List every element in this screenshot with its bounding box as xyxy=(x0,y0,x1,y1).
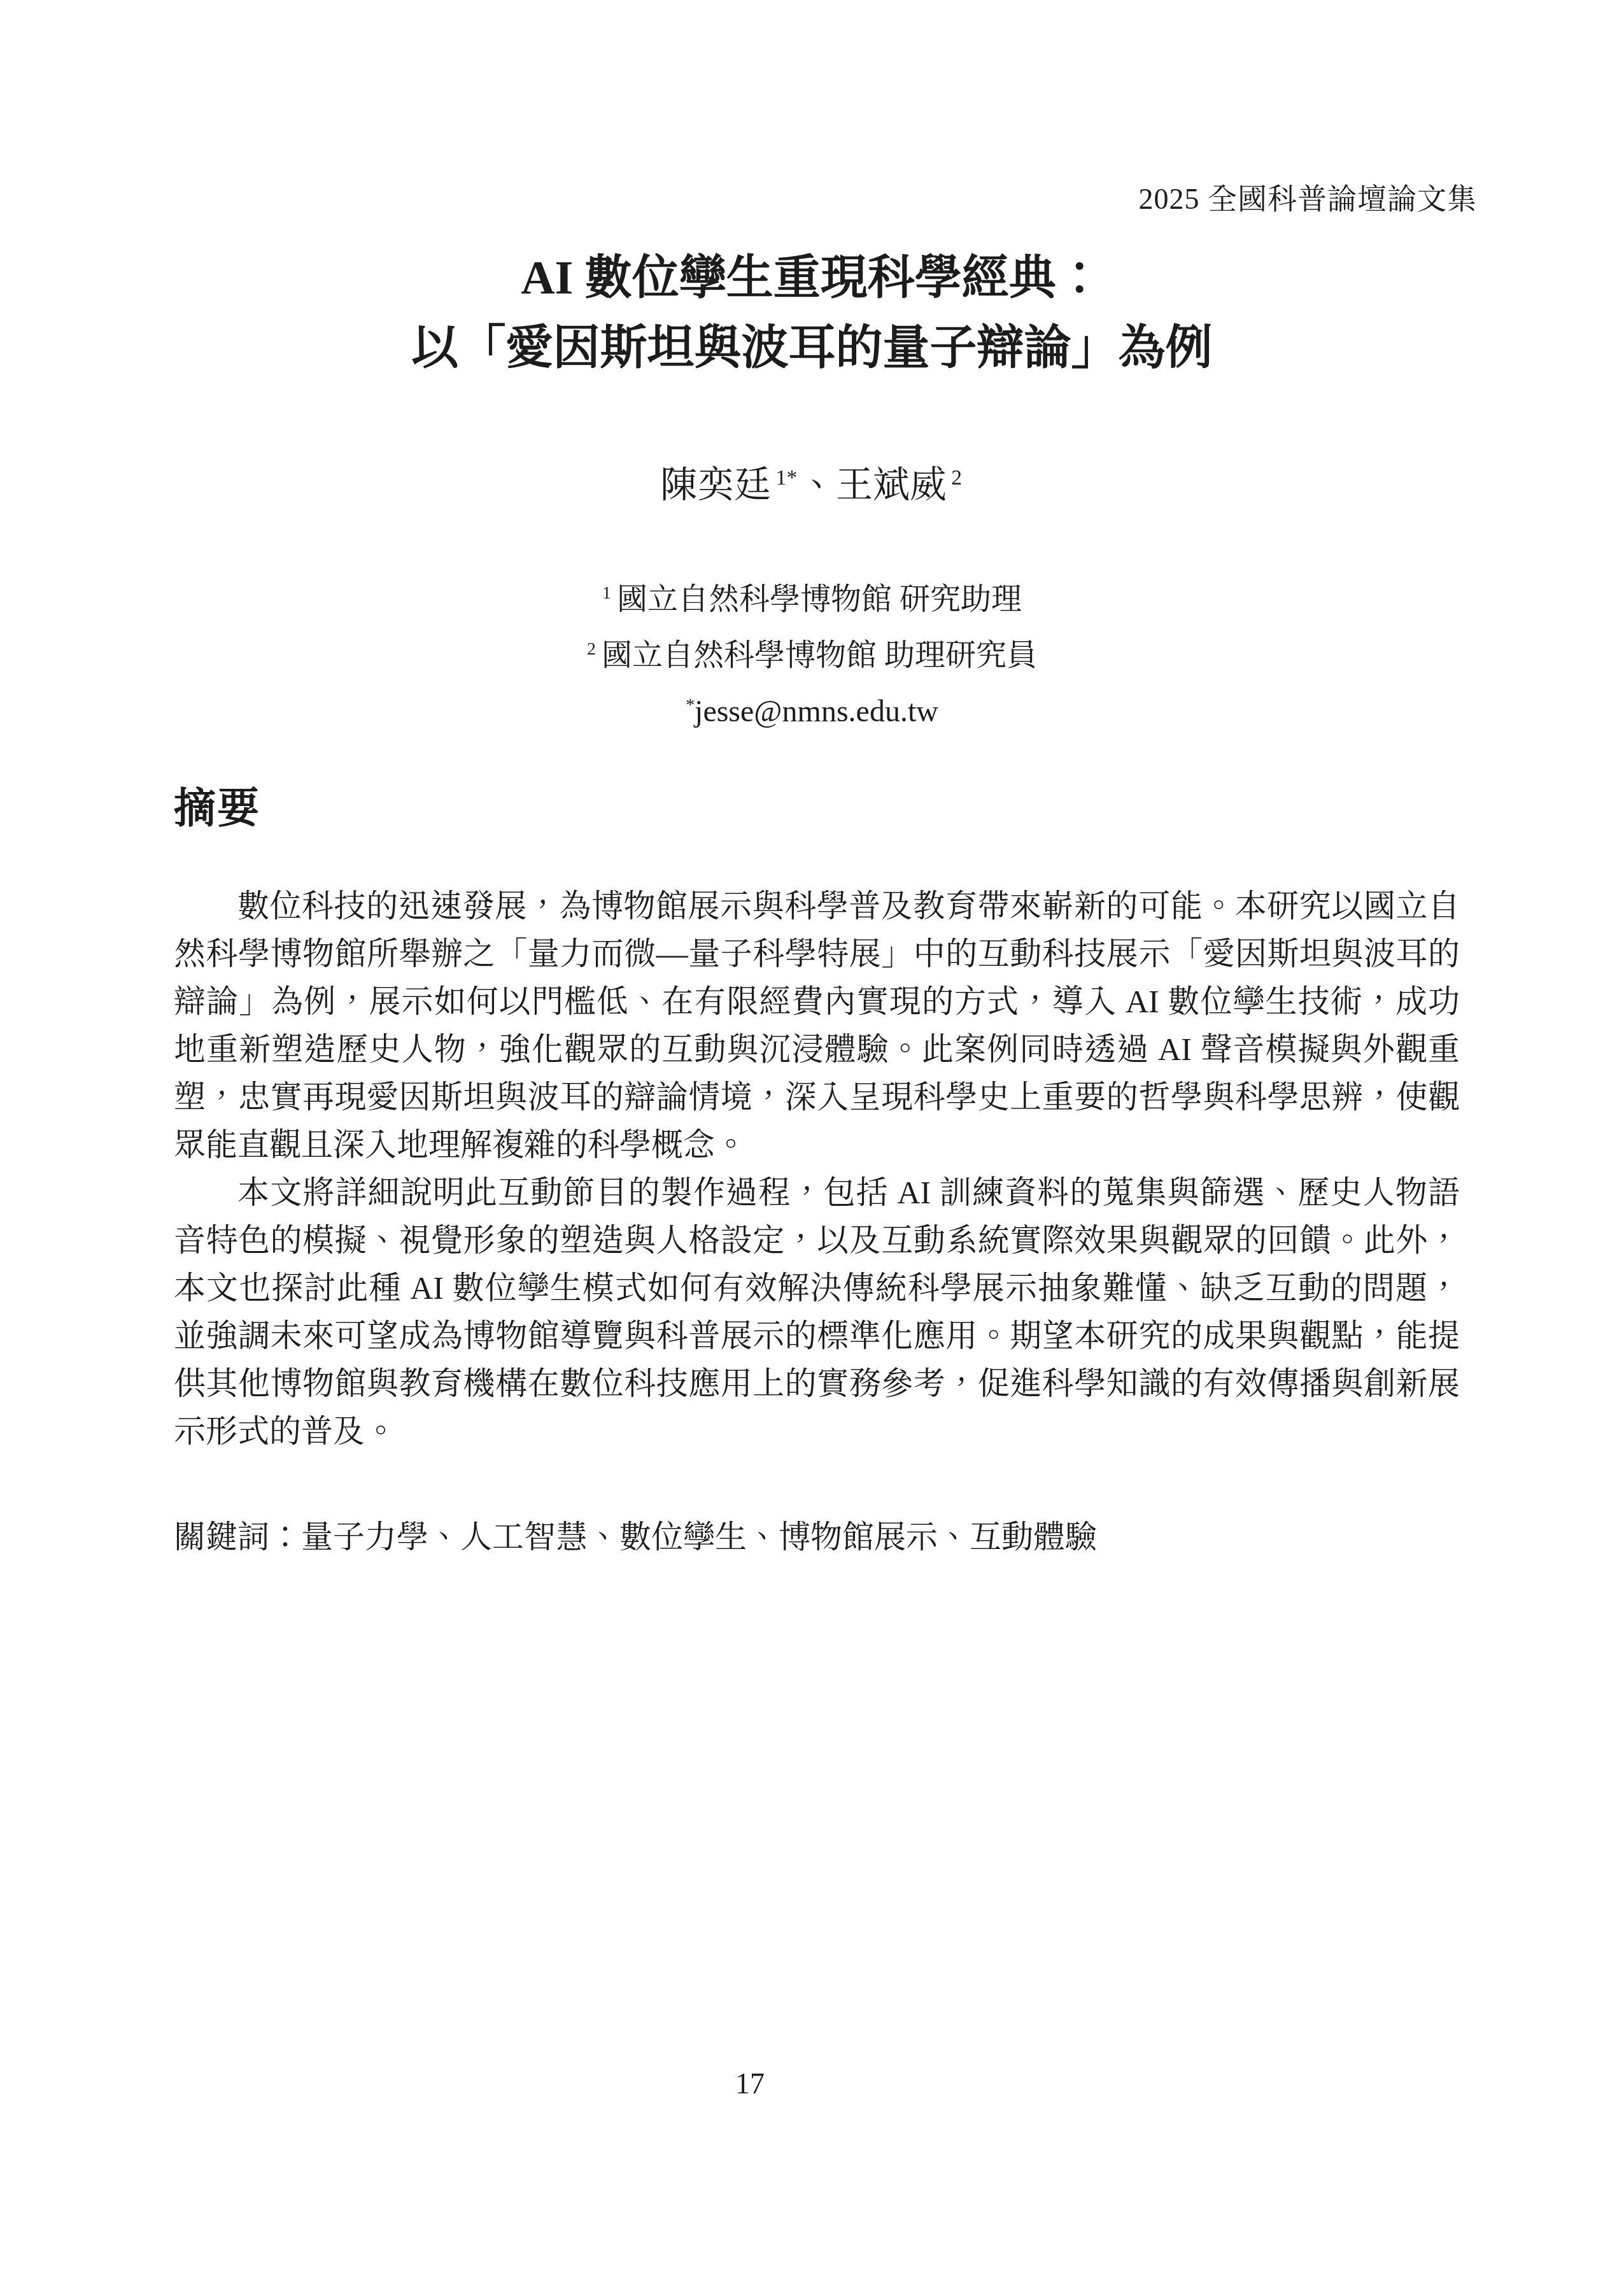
keywords-label: 關鍵詞： xyxy=(174,1519,301,1555)
author-separator: 、 xyxy=(799,464,836,506)
affiliations-block: 1國立自然科學博物館 研究助理 2國立自然科學博物館 助理研究員 *jesse@… xyxy=(0,569,1624,737)
affiliation-2: 2國立自然科學博物館 助理研究員 xyxy=(0,625,1624,681)
page-number: 17 xyxy=(0,2067,1500,2100)
paper-title-line-1: AI 數位孿生重現科學經典： xyxy=(0,243,1624,313)
author-1-name: 陳奕廷 xyxy=(660,464,771,506)
keywords-list: 量子力學、人工智慧、數位孿生、博物館展示、互動體驗 xyxy=(301,1519,1097,1555)
author-1-superscript: 1* xyxy=(776,466,798,490)
paper-page: 2025 全國科普論壇論文集 AI 數位孿生重現科學經典： 以「愛因斯坦與波耳的… xyxy=(0,0,1624,2278)
affiliation-1-text: 國立自然科學博物館 研究助理 xyxy=(617,583,1022,616)
email-line: *jesse@nmns.edu.tw xyxy=(0,681,1624,737)
authors-line: 陳奕廷1*、王斌威2 xyxy=(0,455,1624,508)
email-address: jesse@nmns.edu.tw xyxy=(695,695,938,728)
journal-header: 2025 全國科普論壇論文集 xyxy=(1139,176,1478,218)
keywords-line: 關鍵詞：量子力學、人工智慧、數位孿生、博物館展示、互動體驗 xyxy=(174,1513,1460,1561)
author-2-name: 王斌威 xyxy=(836,464,947,506)
abstract-body: 數位科技的迅速發展，為博物館展示與科學普及教育帶來嶄新的可能。本研究以國立自然科… xyxy=(174,882,1460,1455)
affiliation-2-superscript: 2 xyxy=(587,639,596,659)
abstract-paragraph-2: 本文將詳細說明此互動節目的製作過程，包括 AI 訓練資料的蒐集與篩選、歷史人物語… xyxy=(174,1169,1460,1455)
abstract-heading: 摘要 xyxy=(174,774,260,835)
paper-title-line-2: 以「愛因斯坦與波耳的量子辯論」為例 xyxy=(0,313,1624,383)
abstract-paragraph-1: 數位科技的迅速發展，為博物館展示與科學普及教育帶來嶄新的可能。本研究以國立自然科… xyxy=(174,882,1460,1169)
paper-title: AI 數位孿生重現科學經典： 以「愛因斯坦與波耳的量子辯論」為例 xyxy=(0,243,1624,383)
affiliation-2-text: 國立自然科學博物館 助理研究員 xyxy=(602,639,1037,672)
email-superscript: * xyxy=(686,695,695,715)
affiliation-1: 1國立自然科學博物館 研究助理 xyxy=(0,569,1624,625)
author-2-superscript: 2 xyxy=(951,466,962,490)
affiliation-1-superscript: 1 xyxy=(602,583,611,603)
